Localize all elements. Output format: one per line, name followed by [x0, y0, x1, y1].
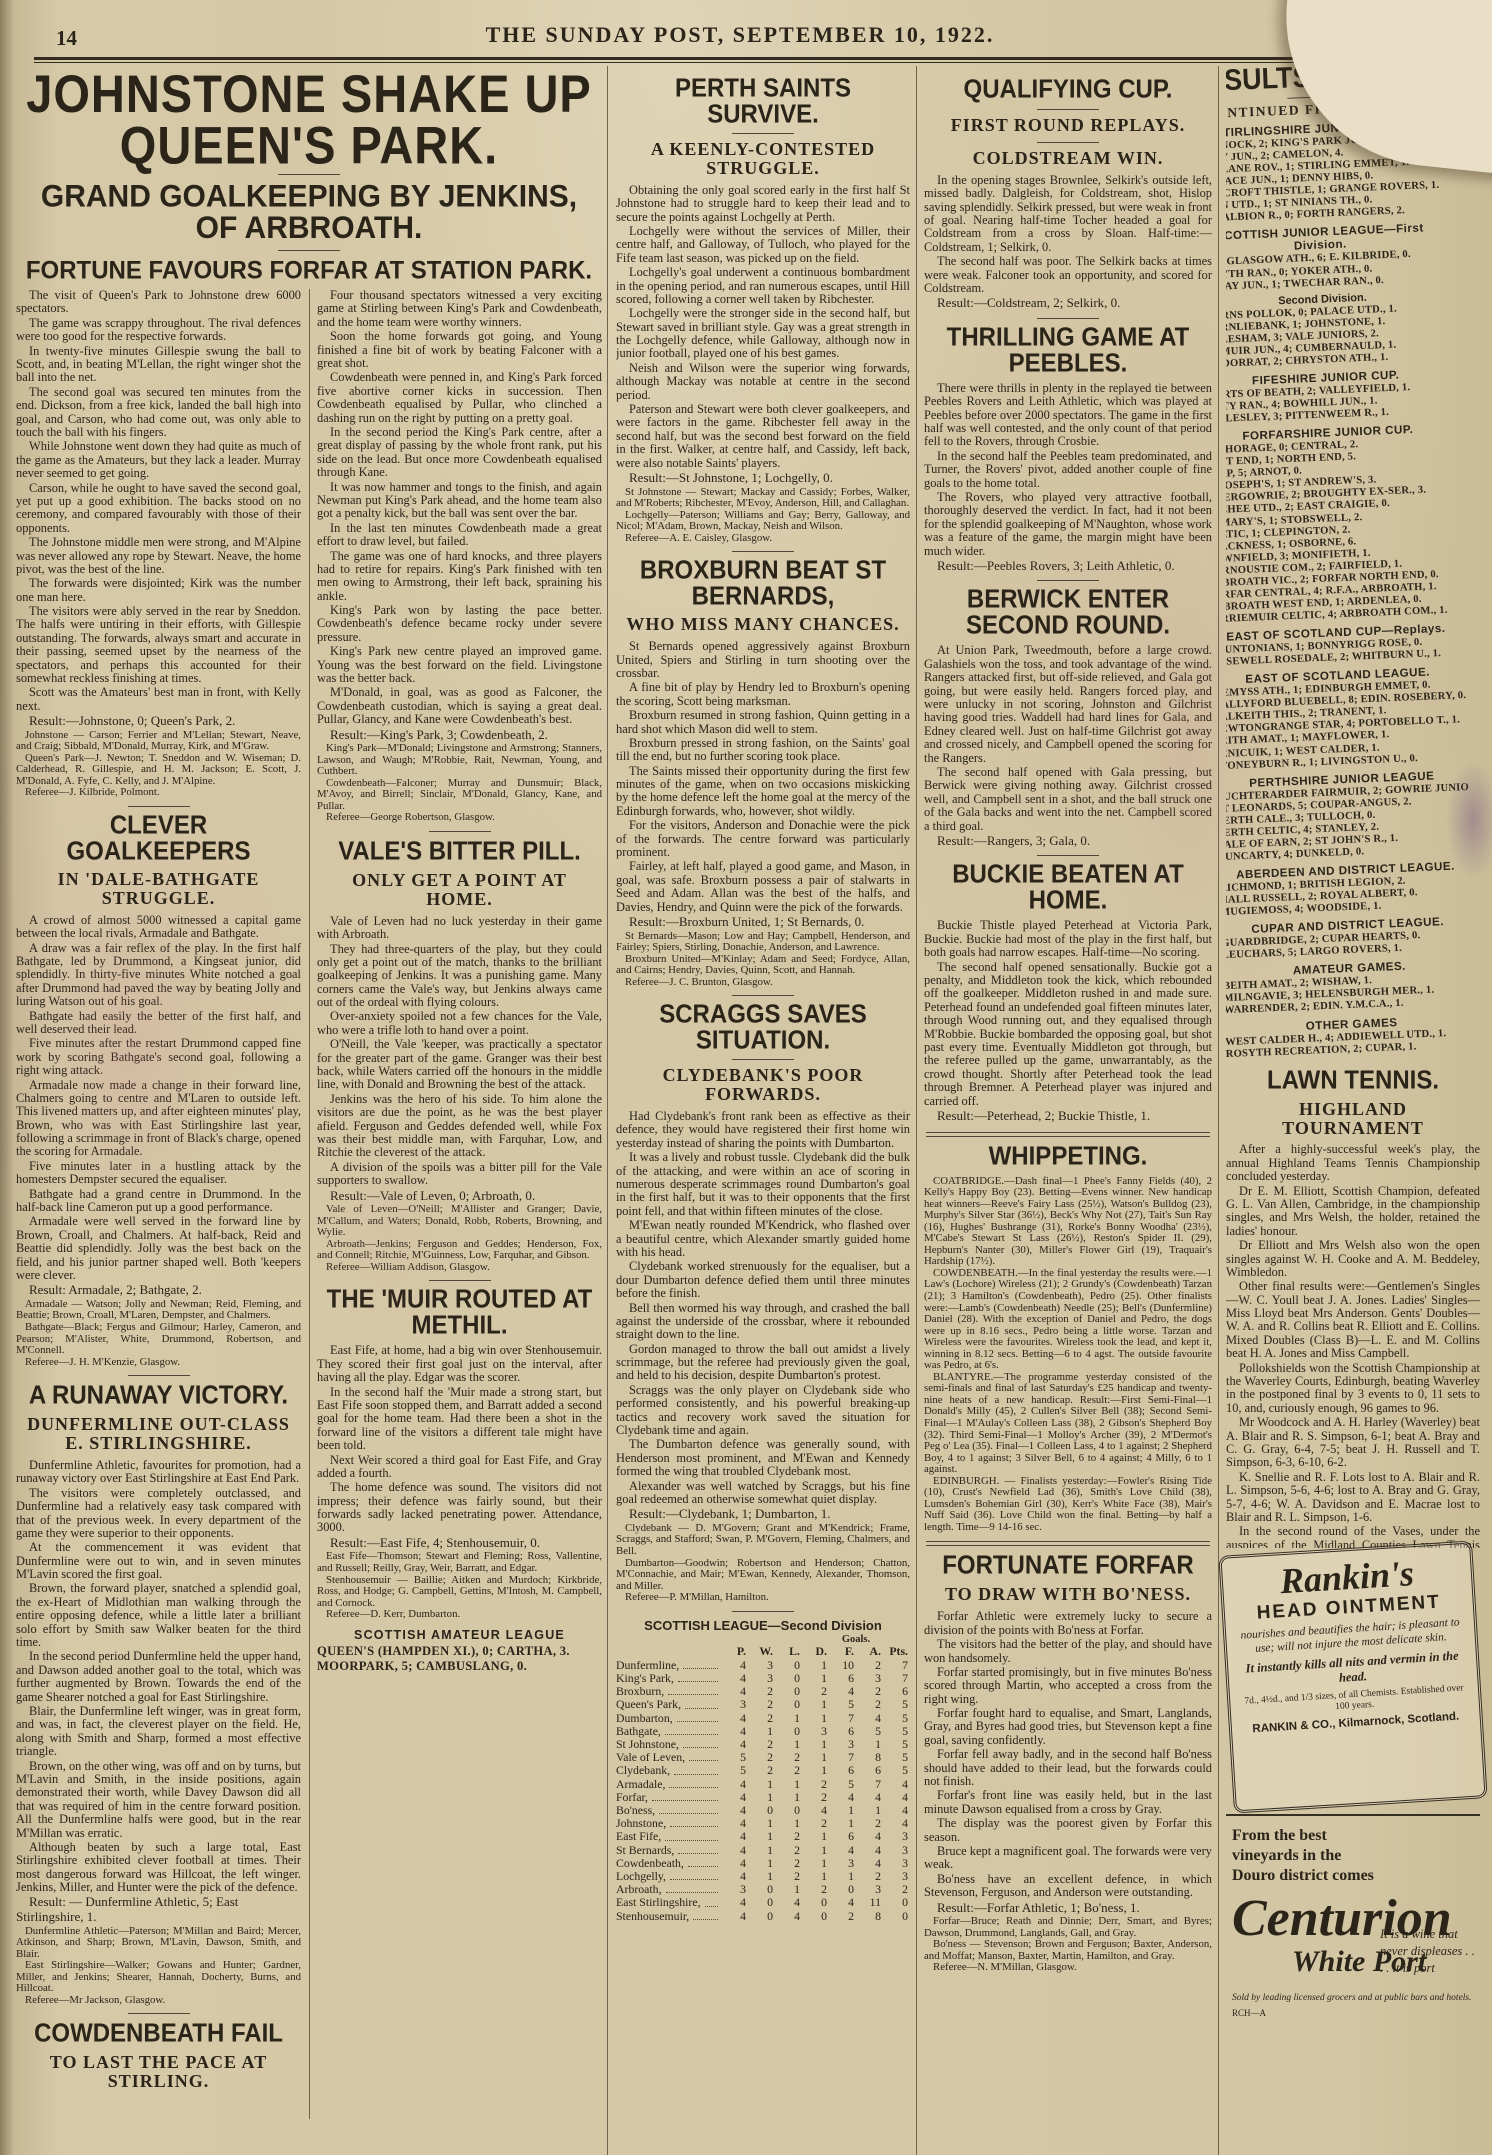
divider-rule — [732, 1611, 794, 1612]
stat-cell: 2 — [775, 1844, 802, 1857]
paragraph: The second half opened sensationally. Bu… — [924, 961, 1212, 1108]
column-header: W. — [748, 1645, 775, 1658]
team-cell-flex: Armadale, — [616, 1778, 721, 1791]
paragraph: At the commencement it was evident that … — [16, 1541, 301, 1581]
team-cell: Clydebank, — [616, 1764, 721, 1777]
lineup-note: Broxburn United—M'Kinlay; Adam and Seed;… — [616, 954, 910, 977]
dot-leader — [683, 1667, 718, 1669]
paragraph: King's Park won by lasting the pace bett… — [317, 604, 602, 644]
stat-cell: 4 — [721, 1910, 748, 1923]
dot-leader — [666, 1891, 718, 1893]
column-header: P. — [721, 1645, 748, 1658]
paragraph: Forfar started promisingly, but in five … — [924, 1666, 1212, 1706]
paragraph: The second half opened with Gala pressin… — [924, 766, 1212, 833]
article-headline: THRILLING GAME AT PEEBLES. — [928, 325, 1208, 377]
paragraph: For the visitors, Anderson and Donachie … — [616, 819, 910, 859]
lawn-tennis-article: LAWN TENNIS.HIGHLAND TOURNAMENTAfter a h… — [1226, 1069, 1480, 1548]
stat-cell: 2 — [802, 1778, 829, 1791]
paragraph: Soon the home forwards got going, and Yo… — [317, 330, 602, 370]
paragraph: It was a lively and robust tussle. Clyde… — [616, 1151, 910, 1218]
league-table: SCOTTISH LEAGUE—Second DivisionGoals.P.W… — [616, 1618, 910, 1923]
results-glance: RESULTS AT A GLANCE (CONTINUED FROM PAGE… — [1226, 66, 1480, 1061]
team-name: Forfar, — [616, 1791, 648, 1804]
league-table-title: SCOTTISH LEAGUE—Second Division — [616, 1618, 910, 1633]
paragraph: The game was scrappy throughout. The riv… — [16, 317, 301, 344]
centurion-code: RCH—A — [1232, 2008, 1474, 2018]
column-divider — [916, 66, 917, 2155]
paragraph: The game was one of hard knocks, and thr… — [317, 550, 602, 604]
stat-cell: 4 — [856, 1857, 883, 1870]
stat-cell: 10 — [829, 1659, 856, 1672]
lineup-note: Referee—J. H. M'Kenzie, Glasgow. — [16, 1357, 301, 1369]
paragraph: Scraggs was the only player on Clydebank… — [616, 1384, 910, 1438]
column-header: D. — [802, 1645, 829, 1658]
column-perth-saints: PERTH SAINTS SURVIVE.A KEENLY-CONTESTED … — [616, 70, 910, 2150]
paragraph: Had Clydebank's front rank been as effec… — [616, 1110, 910, 1150]
paragraph: In the second period Dunfermline held th… — [16, 1650, 301, 1704]
dot-leader — [652, 1799, 718, 1801]
table-row: St Bernards,4121443 — [616, 1844, 910, 1857]
score-line: MOORPARK, 5; CAMBUSLANG, 0. — [317, 1659, 602, 1673]
lineup-note: Referee—J. Kilbride, Polmont. — [16, 787, 301, 799]
stat-cell: 0 — [775, 1698, 802, 1711]
paragraph: After a highly-successful week's play, t… — [1226, 1143, 1480, 1183]
paragraph: Mr Woodcock and A. H. Harley (Waverley) … — [1226, 1416, 1480, 1470]
team-cell: Stenhousemuir, — [616, 1910, 721, 1923]
paragraph: The Rovers, who played very attractive f… — [924, 491, 1212, 558]
table-cell — [616, 1645, 721, 1658]
article-headline: THE 'MUIR ROUTED AT METHIL. — [321, 1287, 598, 1339]
stat-cell: 5 — [829, 1778, 856, 1791]
table-row: Armadale,4112574 — [616, 1778, 910, 1791]
paragraph: The visitors were completely outclassed,… — [16, 1487, 301, 1541]
article-headline: VALE'S BITTER PILL. — [321, 839, 598, 865]
dot-leader — [668, 1693, 718, 1695]
stat-cell: 0 — [802, 1910, 829, 1923]
stat-cell: 0 — [883, 1910, 910, 1923]
lead-subheadline: GRAND GOALKEEPING BY JENKINS, OF ARBROAT… — [16, 182, 602, 245]
paragraph: M'Donald, in goal, was as good as Falcon… — [317, 686, 602, 726]
stat-cell: 4 — [856, 1844, 883, 1857]
divider-rule — [128, 2013, 190, 2014]
stat-cell: 1 — [802, 1764, 829, 1777]
paragraph: Forfar fell away badly, and in the secon… — [924, 1748, 1212, 1788]
stat-cell: 2 — [775, 1857, 802, 1870]
lineup-note: Dunfermline Athletic—Paterson; M'Millan … — [16, 1926, 301, 1961]
article-headline: BROXBURN BEAT ST BERNARDS, — [620, 558, 906, 610]
paragraph: The Dumbarton defence was generally soun… — [616, 1438, 910, 1478]
article-subheadline: DUNFERMLINE OUT-CLASS E. STIRLINGSHIRE. — [18, 1415, 299, 1453]
stat-cell: 4 — [775, 1910, 802, 1923]
article-subheadline: COLDSTREAM WIN. — [926, 149, 1210, 168]
team-cell-flex: Stenhousemuir, — [616, 1910, 721, 1923]
centurion-tagline: It is a wine that never displeases . . .… — [1380, 1926, 1476, 1977]
column-results-glance: RESULTS AT A GLANCE (CONTINUED FROM PAGE… — [1226, 66, 1480, 1548]
stat-cell: 4 — [829, 1791, 856, 1804]
result-line: Result:—St Johnstone, 1; Lochgelly, 0. — [616, 471, 910, 486]
paragraph: Armadale were well served in the forward… — [16, 1215, 301, 1282]
stat-cell: 1 — [802, 1659, 829, 1672]
paragraph: O'Neill, the Vale 'keeper, was practical… — [317, 1038, 602, 1092]
lineup-note: Referee—William Addison, Glasgow. — [317, 1262, 602, 1274]
paragraph: Jenkins was the hero of his side. To him… — [317, 1093, 602, 1160]
lead-crosshead: FORTUNE FAVOURS FORFAR AT STATION PARK. — [16, 258, 602, 283]
paragraph: Bathgate had easily the better of the fi… — [16, 1010, 301, 1037]
team-cell-flex: East Fife, — [616, 1830, 721, 1843]
team-name: Bathgate, — [616, 1725, 661, 1738]
paragraph: Carson, while he ought to have saved the… — [16, 482, 301, 536]
stat-cell: 4 — [856, 1712, 883, 1725]
column-lead: JOHNSTONE SHAKE UP QUEEN'S PARK. GRAND G… — [16, 68, 602, 2119]
dot-leader — [665, 1733, 718, 1735]
paragraph: Although beaten by such a large total, E… — [16, 1841, 301, 1895]
article-headline: LAWN TENNIS. — [1230, 1068, 1476, 1094]
team-cell: Armadale, — [616, 1778, 721, 1791]
article-subheadline: IN 'DALE-BATHGATE STRUGGLE. — [18, 870, 299, 908]
paragraph: At Union Park, Tweedmouth, before a larg… — [924, 644, 1212, 765]
stat-cell: 3 — [802, 1725, 829, 1738]
divider-rule — [429, 831, 491, 832]
lineup-note: Bo'ness — Stevenson; Brown and Ferguson;… — [924, 1939, 1212, 1962]
paragraph: The Saints missed their opportunity duri… — [616, 765, 910, 819]
paragraph: Paterson and Stewart were both clever go… — [616, 403, 910, 470]
team-cell: Queen's Park, — [616, 1698, 721, 1711]
paragraph: Cowdenbeath were penned in, and King's P… — [317, 371, 602, 425]
dot-leader — [678, 1852, 718, 1854]
score-line: QUEEN'S (HAMPDEN XI.), 0; CARTHA, 3. — [317, 1644, 602, 1658]
dot-leader — [669, 1786, 718, 1788]
team-cell-flex: Dumbarton, — [616, 1712, 721, 1725]
table-row: Cowdenbeath,4121343 — [616, 1857, 910, 1870]
paragraph: While Johnstone went down they had quite… — [16, 440, 301, 480]
article-headline: COWDENBEATH FAIL — [20, 2021, 297, 2047]
stat-cell: 1 — [748, 1844, 775, 1857]
paragraph: In the opening stages Brownlee, Selkirk'… — [924, 174, 1212, 254]
stat-cell: 2 — [748, 1764, 775, 1777]
stat-cell: 1 — [802, 1830, 829, 1843]
stat-cell: 7 — [829, 1712, 856, 1725]
paragraph: Blair, the Dunfermline left winger, was … — [16, 1705, 301, 1759]
paragraph: In the second half the 'Muir made a stro… — [317, 1386, 602, 1453]
divider-rule — [429, 1280, 491, 1281]
lineup-note: Referee—J. C. Brunton, Glasgow. — [616, 977, 910, 989]
stat-cell: 0 — [883, 1896, 910, 1909]
stat-cell: 4 — [721, 1844, 748, 1857]
column-divider — [607, 66, 608, 2155]
result-line: Result:—Vale of Leven, 0; Arbroath, 0. — [317, 1189, 602, 1204]
team-cell-flex: Dunfermline, — [616, 1659, 721, 1672]
divider-rule — [732, 133, 794, 134]
stat-cell: 5 — [829, 1698, 856, 1711]
dot-leader — [674, 1773, 718, 1775]
lineup-note: King's Park—M'Donald; Livingstone and Ar… — [317, 743, 602, 778]
result-line: Result:—East Fife, 4; Stenhousemuir, 0. — [317, 1536, 602, 1551]
stat-cell: 5 — [721, 1764, 748, 1777]
lineup-note: Johnstone — Carson; Ferrier and M'Lellan… — [16, 730, 301, 753]
team-name: Stenhousemuir, — [616, 1910, 689, 1923]
divider-rule — [1037, 855, 1099, 856]
stat-cell: 1 — [802, 1844, 829, 1857]
paragraph: Four thousand spectators witnessed a ver… — [317, 289, 602, 329]
stat-cell: 0 — [748, 1910, 775, 1923]
stat-cell: 3 — [883, 1830, 910, 1843]
paragraph: Forfar fought hard to equalise, and Smar… — [924, 1707, 1212, 1747]
stat-cell: 3 — [883, 1844, 910, 1857]
paragraph: King's Park new centre played an improve… — [317, 645, 602, 685]
table-row: Dunfermline,43011027 — [616, 1659, 910, 1672]
team-cell-flex: Clydebank, — [616, 1764, 721, 1777]
stat-cell: 6 — [829, 1725, 856, 1738]
paragraph: The second goal was secured ten minutes … — [16, 386, 301, 440]
paragraph: Five minutes after the restart Drummond … — [16, 1037, 301, 1077]
divider-rule — [732, 1059, 794, 1060]
stat-cell: 3 — [748, 1659, 775, 1672]
team-cell: East Stirlingshire, — [616, 1896, 721, 1909]
table-row: Queen's Park,3201525 — [616, 1698, 910, 1711]
paragraph: Fairley, at left half, played a good gam… — [616, 860, 910, 914]
stat-cell: 5 — [883, 1764, 910, 1777]
column-header: Pts. — [883, 1645, 910, 1658]
newspaper-page: 14 THE SUNDAY POST, SEPTEMBER 10, 1922. … — [0, 0, 1492, 2155]
stat-cell: 3 — [829, 1857, 856, 1870]
stat-cell: 4 — [721, 1857, 748, 1870]
result-line: Result: — Dunfermline Athletic, 5; East … — [16, 1895, 301, 1924]
paragraph: The home defence was sound. The visitors… — [317, 1481, 602, 1535]
stat-cell: 2 — [748, 1698, 775, 1711]
paragraph: The Johnstone middle men were strong, an… — [16, 536, 301, 576]
paragraph: East Fife, at home, had a big win over S… — [317, 1344, 602, 1384]
result-line: Result:—Clydebank, 1; Dumbarton, 1. — [616, 1507, 910, 1522]
centurion-intro: From the best vineyards in the Douro dis… — [1232, 1826, 1382, 1886]
stat-cell: 4 — [856, 1830, 883, 1843]
stat-cell: 2 — [856, 1698, 883, 1711]
paragraph: In the second half the Peebles team pred… — [924, 450, 1212, 490]
paragraph: Lochgelly were without the services of M… — [616, 225, 910, 265]
paragraph: Five minutes later in a hustling attack … — [16, 1160, 301, 1187]
paragraph: Pollokshields won the Scottish Champions… — [1226, 1362, 1480, 1416]
paragraph: Broxburn resumed in strong fashion, Quin… — [616, 709, 910, 736]
paragraph: The forwards were disjointed; Kirk was t… — [16, 577, 301, 604]
team-cell-flex: Queen's Park, — [616, 1698, 721, 1711]
stat-cell: 1 — [775, 1778, 802, 1791]
paragraph: M'Ewan neatly rounded M'Kendrick, who fl… — [616, 1219, 910, 1259]
stat-cell: 4 — [721, 1896, 748, 1909]
stat-cell: 6 — [829, 1830, 856, 1843]
stat-cell: 1 — [802, 1712, 829, 1725]
paragraph: Alexander was well watched by Scraggs, b… — [616, 1480, 910, 1507]
stat-cell: 2 — [829, 1910, 856, 1923]
paragraph: In twenty-five minutes Gillespie swung t… — [16, 345, 301, 385]
lineup-note: Referee—N. M'Millan, Glasgow. — [924, 1962, 1212, 1974]
stat-cell: 2 — [856, 1659, 883, 1672]
lineup-note: Queen's Park—J. Newton; T. Sneddon and W… — [16, 753, 301, 788]
table-row: Dumbarton,4211745 — [616, 1712, 910, 1725]
paragraph: The display was the poorest given by For… — [924, 1817, 1212, 1844]
lineup-note: Referee—A. E. Caisley, Glasgow. — [616, 533, 910, 545]
masthead-title: THE SUNDAY POST, SEPTEMBER 10, 1922. — [300, 22, 1180, 48]
stat-cell: 2 — [775, 1830, 802, 1843]
stat-cell: 7 — [856, 1778, 883, 1791]
result-line: Result:—Johnstone, 0; Queen's Park, 2. — [16, 714, 301, 729]
result-line: Result:—Peterhead, 2; Buckie Thistle, 1. — [924, 1109, 1212, 1124]
paragraph: Dr Elliott and Mrs Welsh also won the op… — [1226, 1239, 1480, 1279]
paragraph: Clydebank worked strenuously for the equ… — [616, 1260, 910, 1300]
article-subheadline: TO LAST THE PACE AT STIRLING. — [18, 2053, 299, 2091]
lineup-note: COATBRIDGE.—Dash final—1 Phee's Fanny Fi… — [924, 1176, 1212, 1268]
divider-rule — [732, 551, 794, 552]
team-name: Cowdenbeath, — [616, 1857, 684, 1870]
paragraph: They had three-quarters of the play, but… — [317, 943, 602, 1010]
stat-cell: 4 — [721, 1725, 748, 1738]
dot-leader — [688, 1865, 718, 1867]
stat-cell: 4 — [721, 1778, 748, 1791]
result-line: Result: Armadale, 2; Bathgate, 2. — [16, 1283, 301, 1298]
stat-cell: 1 — [802, 1857, 829, 1870]
team-cell-flex: Forfar, — [616, 1791, 721, 1804]
lineup-note: COWDENBEATH.—In the final yesterday the … — [924, 1268, 1212, 1372]
team-cell: East Fife, — [616, 1830, 721, 1843]
divider-rule — [1037, 318, 1099, 319]
article-headline: FORTUNATE FORFAR — [928, 1553, 1208, 1579]
stat-cell: 5 — [883, 1725, 910, 1738]
article-subheadline: ONLY GET A POINT AT HOME. — [319, 871, 600, 909]
divider-rule — [1037, 580, 1099, 581]
team-cell: St Bernards, — [616, 1844, 721, 1857]
paragraph: Next Weir scored a third goal for East F… — [317, 1454, 602, 1481]
paragraph: Armadale now made a change in their forw… — [16, 1079, 301, 1159]
team-name: Dumbarton, — [616, 1712, 673, 1725]
lineup-note: Referee—P. M'Millan, Hamilton. — [616, 1592, 910, 1604]
team-name: Dunfermline, — [616, 1659, 679, 1672]
dot-leader — [665, 1839, 718, 1841]
centurion-note: Sold by leading licensed grocers and at … — [1232, 1993, 1474, 2005]
stat-cell: 1 — [748, 1791, 775, 1804]
dot-leader — [683, 1746, 718, 1748]
paragraph: Forfar Athletic were extremely lucky to … — [924, 1610, 1212, 1637]
lead-headline: JOHNSTONE SHAKE UP QUEEN'S PARK. — [16, 68, 602, 171]
paragraph: K. Snellie and R. F. Lots lost to A. Bla… — [1226, 1471, 1480, 1525]
team-cell-flex: East Stirlingshire, — [616, 1896, 721, 1909]
stat-cell: 4 — [721, 1659, 748, 1672]
paragraph: A crowd of almost 5000 witnessed a capit… — [16, 914, 301, 941]
paragraph: Lochgelly were the stronger side in the … — [616, 307, 910, 361]
team-name: Clydebank, — [616, 1764, 670, 1777]
page-number: 14 — [56, 26, 77, 51]
team-name: St Bernards, — [616, 1844, 674, 1857]
lineup-note: St Johnstone — Stewart; Mackay and Cassi… — [616, 487, 910, 510]
lineup-note: Vale of Leven—O'Neill; M'Allister and Gr… — [317, 1204, 602, 1239]
paragraph: A division of the spoils was a bitter pi… — [317, 1161, 602, 1188]
table-row: Forfar,4112444 — [616, 1791, 910, 1804]
paragraph: Lochgelly's goal underwent a continuous … — [616, 266, 910, 306]
paragraph: Bathgate had a grand centre in Drummond.… — [16, 1188, 301, 1215]
paragraph: A draw was a fair reflex of the play. In… — [16, 942, 301, 1009]
stat-cell: 1 — [775, 1791, 802, 1804]
stat-cell: 2 — [748, 1712, 775, 1725]
paragraph: The visitors were ably served in the rea… — [16, 605, 301, 685]
lineup-note: Referee—Mr Jackson, Glasgow. — [16, 1995, 301, 2007]
stat-cell: 5 — [883, 1712, 910, 1725]
paragraph: In the last ten minutes Cowdenbeath made… — [317, 522, 602, 549]
paragraph: Scott was the Amateurs' best man in fron… — [16, 686, 301, 713]
article-subheadline: FIRST ROUND REPLAYS. — [926, 116, 1210, 135]
table-row: Bathgate,4103655 — [616, 1725, 910, 1738]
stat-cell: 0 — [775, 1725, 802, 1738]
league-table-grid: Goals.P.W.L.D.F.A.Pts.Dunfermline,430110… — [616, 1634, 910, 1923]
lineup-note: East Stirlingshire—Walker; Gowans and Hu… — [16, 1960, 301, 1995]
rankin-ointment-ad: Rankin's HEAD OINTMENT nourishes and bea… — [1218, 1540, 1487, 1813]
lineup-note: Referee—D. Kerr, Dumbarton. — [317, 1609, 602, 1621]
divider-rule — [732, 995, 794, 996]
stat-cell: 4 — [829, 1844, 856, 1857]
stat-cell: 4 — [883, 1778, 910, 1791]
lineup-note: Referee—George Robertson, Glasgow. — [317, 812, 602, 824]
result-line: Result:—Peebles Rovers, 3; Leith Athleti… — [924, 559, 1212, 574]
stat-cell: 1 — [748, 1725, 775, 1738]
article-subheadline: CLYDEBANK'S POOR FORWARDS. — [618, 1066, 908, 1104]
result-line: Result:—King's Park, 3; Cowdenbeath, 2. — [317, 728, 602, 743]
section-header: SCOTTISH AMATEUR LEAGUE — [317, 1628, 602, 1642]
lineup-note: Cowdenbeath—Falconer; Murray and Dunsmui… — [317, 778, 602, 813]
lineup-note: St Bernards—Mason; Low and Hay; Campbell… — [616, 931, 910, 954]
stat-cell: 3 — [883, 1857, 910, 1870]
lineup-note: Dumbarton—Goodwin; Robertson and Henders… — [616, 1558, 910, 1593]
stat-cell: 0 — [748, 1896, 775, 1909]
lineup-note: Forfar—Bruce; Reath and Dinnie; Derr, Sm… — [924, 1916, 1212, 1939]
stat-cell: 0 — [802, 1896, 829, 1909]
team-cell: Forfar, — [616, 1791, 721, 1804]
article-subheadline: TO DRAW WITH BO'NESS. — [926, 1585, 1210, 1604]
lineup-note: EDINBURGH. — Finalists yesterday:—Fowler… — [924, 1476, 1212, 1534]
stat-cell: 7 — [883, 1659, 910, 1672]
double-rule — [926, 1132, 1210, 1137]
paragraph: Brown, on the other wing, was off and on… — [16, 1760, 301, 1840]
paragraph: Brown, the forward player, snatched a sp… — [16, 1582, 301, 1649]
article-headline: A RUNAWAY VICTORY. — [20, 1383, 297, 1409]
column-divider — [1218, 66, 1219, 2155]
dot-leader — [685, 1707, 718, 1709]
paragraph: Other final results were:—Gentlemen's Si… — [1226, 1280, 1480, 1360]
result-line: Result:—Forfar Athletic, 1; Bo'ness, 1. — [924, 1901, 1212, 1916]
paragraph: Bell then wormed his way through, and cr… — [616, 1302, 910, 1342]
team-name: Queen's Park, — [616, 1698, 681, 1711]
lineup-note: East Fife—Thomson; Stewart and Fleming; … — [317, 1551, 602, 1574]
divider-rule — [1037, 109, 1099, 110]
paragraph: Obtaining the only goal scored early in … — [616, 184, 910, 224]
stat-cell: 4 — [721, 1712, 748, 1725]
stat-cell: 4 — [829, 1896, 856, 1909]
stat-cell: 4 — [775, 1896, 802, 1909]
stat-cell: 0 — [775, 1659, 802, 1672]
article-headline: SCRAGGS SAVES SITUATION. — [620, 1002, 906, 1054]
column-header: A. — [856, 1645, 883, 1658]
stat-cell: 3 — [721, 1698, 748, 1711]
article-headline: BUCKIE BEATEN AT HOME. — [928, 863, 1208, 915]
paragraph: There were thrills in plenty in the repl… — [924, 382, 1212, 449]
team-cell-flex: Bathgate, — [616, 1725, 721, 1738]
paragraph: Broxburn pressed in strong fashion, on t… — [616, 737, 910, 764]
paragraph: The second half was poor. The Selkirk ba… — [924, 255, 1212, 295]
table-row: East Fife,4121643 — [616, 1830, 910, 1843]
centurion-port-ad: From the best vineyards in the Douro dis… — [1226, 1814, 1480, 2150]
lineup-note: Clydebank — D. M'Govern; Grant and M'Ken… — [616, 1523, 910, 1558]
paragraph: Neish and Wilson were the superior wing … — [616, 362, 910, 402]
stat-cell: 8 — [856, 1910, 883, 1923]
stat-cell: 1 — [748, 1778, 775, 1791]
dot-leader — [705, 1905, 718, 1907]
page-left-edge-shadow — [0, 0, 14, 2155]
column-qualifying-cup: QUALIFYING CUP.FIRST ROUND REPLAYS.COLDS… — [924, 70, 1212, 2150]
